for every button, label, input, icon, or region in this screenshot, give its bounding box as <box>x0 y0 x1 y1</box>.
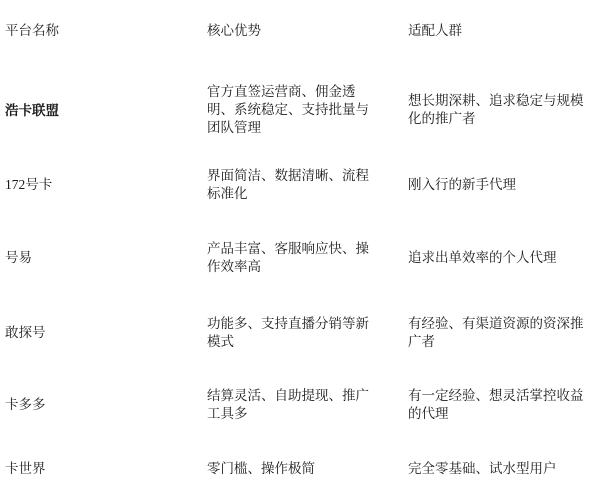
platform-name-text: 号卡 <box>25 177 52 193</box>
text-line: 有一定经验、想灵活掌控收益 <box>408 387 608 405</box>
platform-name: 172号卡 <box>5 176 195 194</box>
core-advantages: 官方直签运营商、佣金透 明、系统稳定、支持批量与 团队管理 <box>207 83 399 137</box>
header-platform-name: 平台名称 <box>5 22 195 40</box>
text-line: 明、系统稳定、支持批量与 <box>207 101 399 119</box>
target-audience: 刚入行的新手代理 <box>408 176 608 194</box>
platform-name: 卡世界 <box>5 460 195 478</box>
platform-name: 卡多多 <box>5 396 195 414</box>
core-advantages: 功能多、支持直播分销等新 模式 <box>207 315 399 351</box>
target-audience: 有一定经验、想灵活掌控收益 的代理 <box>408 387 608 423</box>
text-line: 官方直签运营商、佣金透 <box>207 83 399 101</box>
text-line: 的代理 <box>408 405 608 423</box>
platform-name-number: 172 <box>5 177 25 192</box>
target-audience: 有经验、有渠道资源的资深推 广者 <box>408 315 608 351</box>
core-advantages: 零门槛、操作极简 <box>207 460 399 478</box>
text-line: 结算灵活、自助提现、推广 <box>207 387 399 405</box>
platform-name: 浩卡联盟 <box>5 102 195 120</box>
text-line: 追求出单效率的个人代理 <box>408 249 608 267</box>
target-audience: 想长期深耕、追求稳定与规模 化的推广者 <box>408 92 608 128</box>
core-advantages: 产品丰富、客服响应快、操 作效率高 <box>207 240 399 276</box>
text-line: 功能多、支持直播分销等新 <box>207 315 399 333</box>
target-audience: 完全零基础、试水型用户 <box>408 460 608 478</box>
text-line: 产品丰富、客服响应快、操 <box>207 240 399 258</box>
header-core-advantages: 核心优势 <box>207 22 399 40</box>
text-line: 想长期深耕、追求稳定与规模 <box>408 92 608 110</box>
text-line: 广者 <box>408 333 608 351</box>
target-audience: 追求出单效率的个人代理 <box>408 249 608 267</box>
header-target-audience: 适配人群 <box>408 22 608 40</box>
text-line: 模式 <box>207 333 399 351</box>
core-advantages: 界面简洁、数据清晰、流程 标准化 <box>207 167 399 203</box>
core-advantages: 结算灵活、自助提现、推广 工具多 <box>207 387 399 423</box>
text-line: 团队管理 <box>207 119 399 137</box>
text-line: 有经验、有渠道资源的资深推 <box>408 315 608 333</box>
text-line: 完全零基础、试水型用户 <box>408 460 608 478</box>
platform-name: 号易 <box>5 249 195 267</box>
text-line: 化的推广者 <box>408 110 608 128</box>
text-line: 刚入行的新手代理 <box>408 176 608 194</box>
platform-name: 敢探号 <box>5 324 195 342</box>
text-line: 零门槛、操作极简 <box>207 460 399 478</box>
text-line: 界面简洁、数据清晰、流程 <box>207 167 399 185</box>
text-line: 工具多 <box>207 405 399 423</box>
text-line: 标准化 <box>207 185 399 203</box>
text-line: 作效率高 <box>207 258 399 276</box>
